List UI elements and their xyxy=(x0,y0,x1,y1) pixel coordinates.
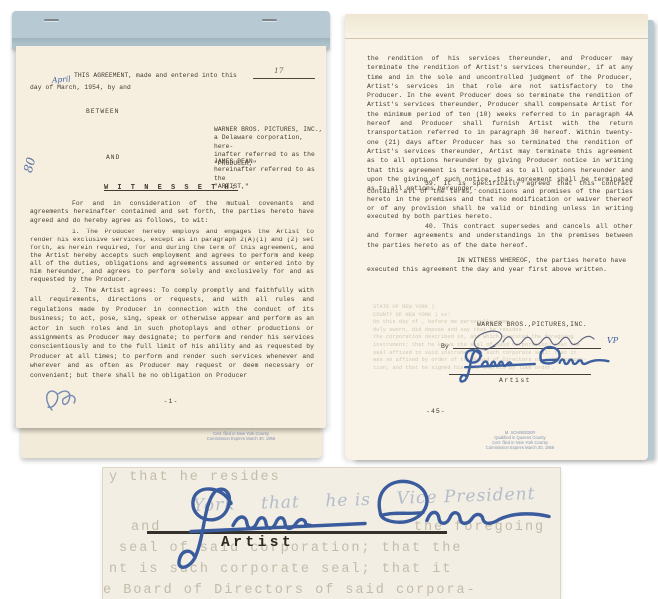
right-page-folded-top-edge xyxy=(345,14,648,39)
between-label: BETWEEN xyxy=(86,108,119,116)
notary-stamp-right: M. SCHNEIDER Qualified in Queens County … xyxy=(455,430,585,450)
contract-page-45: the rendition of his services thereunder… xyxy=(345,14,648,460)
notary-stamp-left: Cert. filed in New York County Commissio… xyxy=(181,431,301,441)
handwritten-day-annotation: 17 xyxy=(274,66,284,75)
signature-closeup-image: y that he resides York that he is Vice P… xyxy=(103,468,560,599)
witnesseth-heading: W I T N E S S E T H: xyxy=(16,184,326,192)
in-witness-clause: IN WITNESS WHEREOF, the parties hereto h… xyxy=(367,256,633,275)
and-label: AND xyxy=(106,154,120,162)
closeup-faint-line-5: e Board of Directors of said corpora- xyxy=(103,583,477,598)
month-typed: March xyxy=(57,84,76,91)
paragraph-1: 1. The Producer hereby employs and engag… xyxy=(30,228,314,284)
photo-of-james-dean-contract: Cert. filed in New York County Commissio… xyxy=(0,0,658,599)
handwritten-month-april: April xyxy=(52,74,71,84)
staple-left-icon xyxy=(44,19,59,21)
paragraph-39: 39. It is specifically agreed that this … xyxy=(367,180,633,221)
james-dean-signature-large xyxy=(133,472,553,580)
date-prefix: day of xyxy=(30,84,57,91)
agreement-intro-line: THIS AGREEMENT, made and entered into th… xyxy=(74,72,237,80)
date-blank-line xyxy=(253,78,315,79)
staple-right-icon xyxy=(262,19,277,21)
handwritten-margin-annotation: 80 xyxy=(21,156,38,174)
artist-label: Artist xyxy=(499,376,531,385)
recitals-paragraph: For and in consideration of the mutual c… xyxy=(30,200,314,225)
page-45-number: -45- xyxy=(345,408,527,415)
continuation-paragraph: the rendition of his services thereunder… xyxy=(367,54,633,193)
date-suffix: , 1954, by and xyxy=(77,84,131,91)
paragraph-40: 40. This contract supersedes and cancels… xyxy=(367,222,633,250)
paragraph-2: 2. The Artist agrees: To comply promptly… xyxy=(30,286,314,380)
left-page-under-sheet: Cert. filed in New York County Commissio… xyxy=(21,424,322,458)
jd-initials-signature xyxy=(38,386,80,416)
contract-page-1: THIS AGREEMENT, made and entered into th… xyxy=(16,46,326,428)
agreement-date-line: day of March, 1954, by and xyxy=(30,84,131,92)
